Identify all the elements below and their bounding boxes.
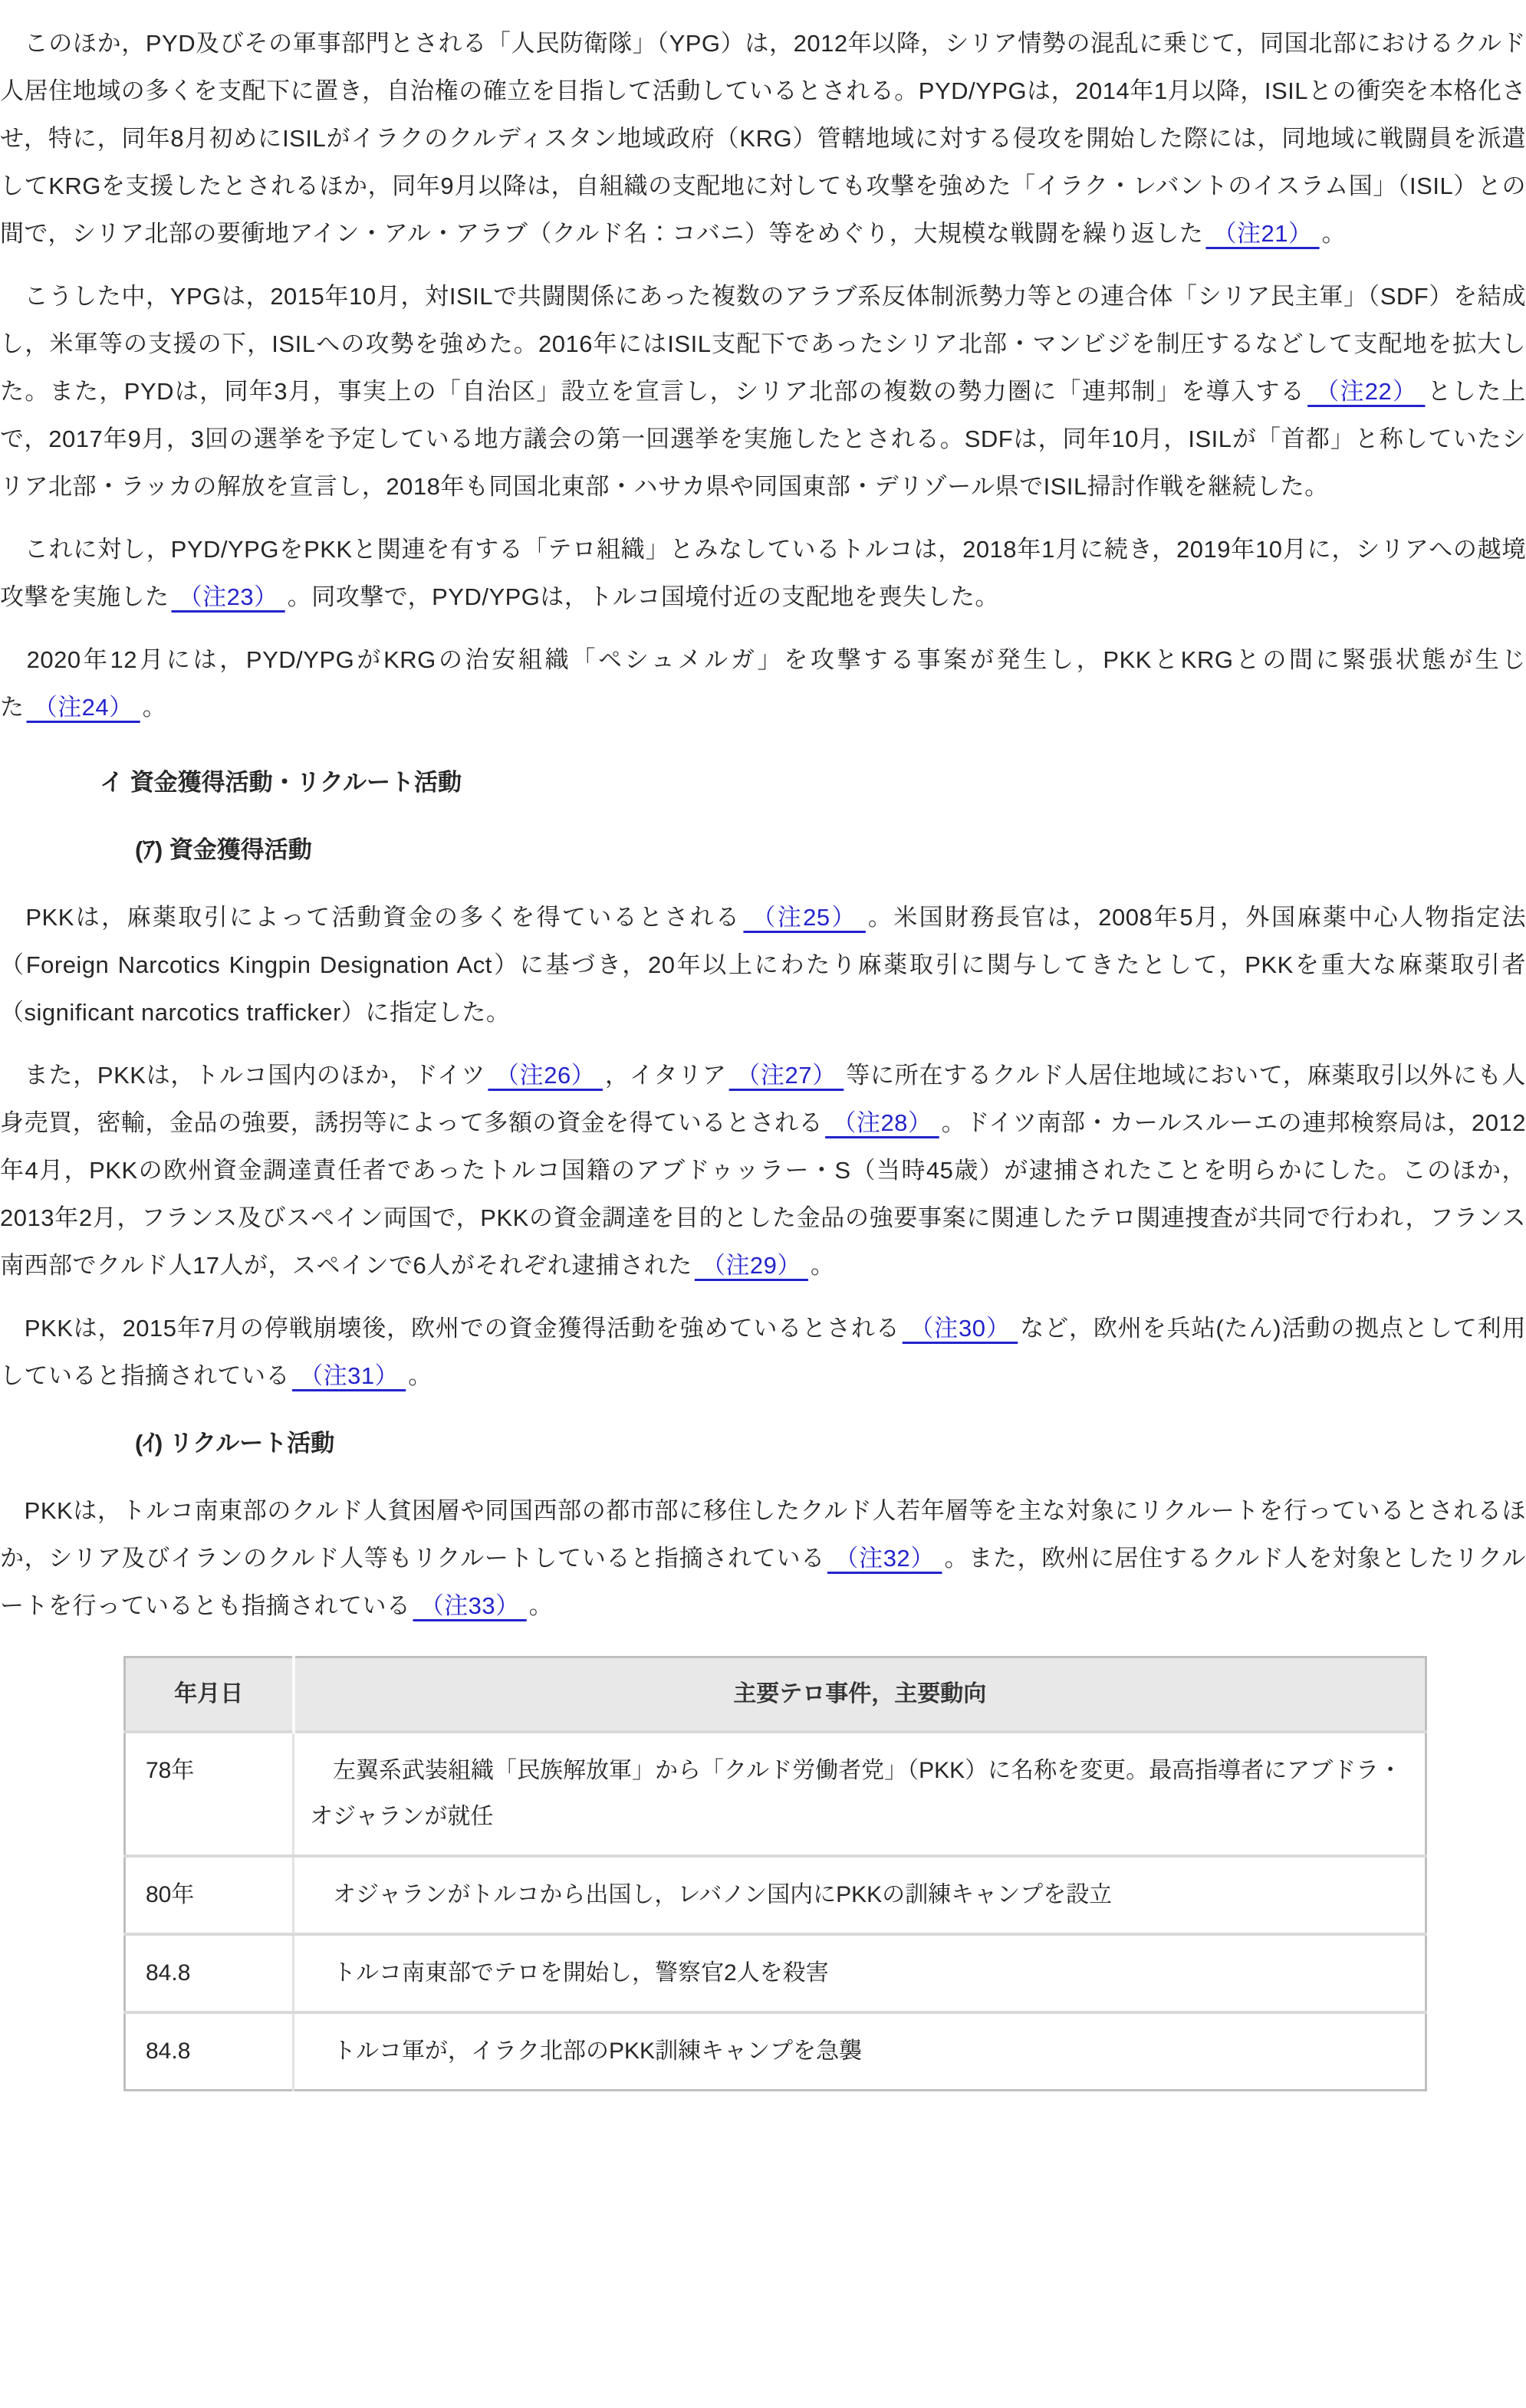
paragraph-europe-funding: また，PKKは，トルコ国内のほか，ドイツ （注26） ，イタリア （注27） 等…: [0, 1052, 1526, 1289]
paragraph-narcotics-funding: PKKは，麻薬取引によって活動資金の多くを得ているとされる （注25） 。米国財…: [0, 894, 1526, 1036]
paragraph-pyd-ypg-overview: このほか，PYD及びその軍事部門とされる「人民防衛隊」（YPG）は，2012年以…: [0, 20, 1526, 258]
footnote-link-23[interactable]: （注23）: [172, 583, 285, 610]
footnote-link-21[interactable]: （注21）: [1205, 220, 1319, 247]
paragraph-recruitment: PKKは，トルコ南東部のクルド人貧困層や同国西部の都市部に移住したクルド人若年層…: [0, 1487, 1526, 1630]
document-page: このほか，PYD及びその軍事部門とされる「人民防衛隊」（YPG）は，2012年以…: [0, 0, 1526, 2408]
footnote-link-31[interactable]: （注31）: [292, 1362, 406, 1389]
timeline-table-header: 年月日 主要テロ事件，主要動向: [125, 1657, 1426, 1733]
paragraph-ceasefire-funding: PKKは，2015年7月の停戦崩壊後，欧州での資金獲得活動を強めているとされる …: [0, 1305, 1526, 1400]
event-cell: トルコ軍が，イラク北部のPKK訓練キャンプを急襲: [294, 2012, 1426, 2091]
event-cell: 左翼系武装組織「民族解放軍」から「クルド労働者党」（PKK）に名称を変更。最高指…: [294, 1732, 1426, 1856]
table-row: 84.8 トルコ軍が，イラク北部のPKK訓練キャンプを急襲: [125, 2012, 1426, 2091]
date-cell: 84.8: [125, 1934, 294, 2012]
subsection-heading-funding: (ｱ) 資金獲得活動: [135, 826, 1467, 874]
event-cell: オジャランがトルコから出国し，レバノン国内にPKKの訓練キャンプを設立: [294, 1856, 1426, 1934]
paragraph-turkey-cross-border-attack: これに対し，PYD/YPGをPKKと関連を有する「テロ組織」とみなしているトルコ…: [0, 526, 1526, 621]
paragraph-peshmerga-incident: 2020年12月には，PYD/YPGがKRGの治安組織「ペシュメルガ」を攻撃する…: [0, 636, 1526, 731]
footnote-link-27[interactable]: （注27）: [729, 1062, 844, 1089]
table-row: 80年 オジャランがトルコから出国し，レバノン国内にPKKの訓練キャンプを設立: [125, 1856, 1426, 1934]
footnote-link-28[interactable]: （注28）: [825, 1109, 939, 1136]
footnote-link-26[interactable]: （注26）: [488, 1062, 603, 1089]
footnote-link-29[interactable]: （注29）: [695, 1252, 808, 1279]
timeline-table-body: 78年 左翼系武装組織「民族解放軍」から「クルド労働者党」（PKK）に名称を変更…: [125, 1732, 1426, 2091]
column-header-events: 主要テロ事件，主要動向: [294, 1657, 1426, 1733]
event-cell: トルコ南東部でテロを開始し，警察官2人を殺害: [294, 1934, 1426, 2012]
subsection-heading-recruitment: (ｲ) リクルート活動: [135, 1420, 1467, 1467]
column-header-date: 年月日: [125, 1657, 294, 1733]
footnote-link-22[interactable]: （注22）: [1307, 378, 1425, 405]
footnote-link-25[interactable]: （注25）: [743, 904, 865, 931]
paragraph-ypg-sdf: こうした中，YPGは，2015年10月，対ISILで共闘関係にあった複数のアラブ…: [0, 273, 1526, 511]
table-row: 84.8 トルコ南東部でテロを開始し，警察官2人を殺害: [125, 1934, 1426, 2012]
footnote-link-32[interactable]: （注32）: [827, 1545, 942, 1572]
date-cell: 84.8: [125, 2012, 294, 2091]
table-row: 78年 左翼系武装組織「民族解放軍」から「クルド労働者党」（PKK）に名称を変更…: [125, 1732, 1426, 1856]
timeline-table: 年月日 主要テロ事件，主要動向 78年 左翼系武装組織「民族解放軍」から「クルド…: [123, 1656, 1427, 2091]
date-cell: 78年: [125, 1732, 294, 1856]
footnote-link-24[interactable]: （注24）: [27, 694, 140, 721]
date-cell: 80年: [125, 1856, 294, 1934]
footnote-link-30[interactable]: （注30）: [903, 1315, 1018, 1342]
section-heading-funding-recruitment: イ 資金獲得活動・リクルート活動: [100, 759, 1467, 806]
footnote-link-33[interactable]: （注33）: [413, 1592, 527, 1619]
